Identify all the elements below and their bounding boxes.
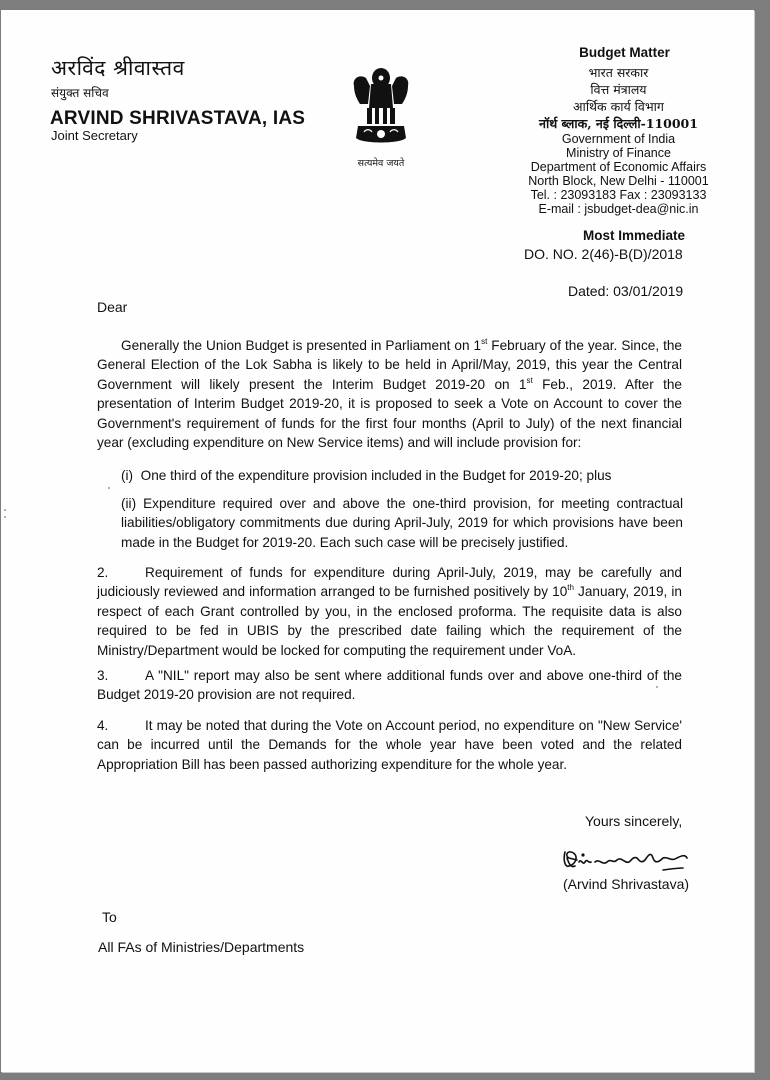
national-emblem-icon bbox=[350, 64, 412, 152]
office-english-line: Ministry of Finance bbox=[521, 146, 716, 160]
sender-name: ARVIND SHRIVASTAVA, IAS bbox=[50, 108, 305, 130]
list-item-text: One third of the expenditure provision i… bbox=[141, 468, 612, 483]
list-item: (ii) Expenditure required over and above… bbox=[121, 494, 683, 552]
sender-name-hindi: अरविंद श्रीवास्तव bbox=[51, 54, 185, 82]
paragraph-number: 3. bbox=[97, 666, 145, 685]
paragraph-4: 4.It may be noted that during the Vote o… bbox=[97, 716, 682, 774]
paragraph-1: Generally the Union Budget is presented … bbox=[97, 336, 682, 452]
do-number: DO. NO. 2(46)-B(D)/2018 bbox=[524, 246, 683, 262]
paragraph-number: 4. bbox=[97, 716, 145, 735]
office-hindi-line: आर्थिक कार्य विभाग bbox=[521, 98, 716, 115]
scan-speck bbox=[4, 516, 6, 518]
office-hindi-line: वित्त मंत्रालय bbox=[521, 81, 716, 98]
office-phone-fax: Tel. : 23093183 Fax : 23093133 bbox=[521, 188, 716, 202]
office-address: North Block, New Delhi - 110001 bbox=[521, 174, 716, 188]
salutation: Dear bbox=[97, 299, 127, 315]
letter-date: Dated: 03/01/2019 bbox=[568, 283, 683, 299]
paragraph-3: 3.A "NIL" report may also be sent where … bbox=[97, 666, 682, 705]
scan-speck bbox=[108, 487, 110, 489]
signature-icon bbox=[559, 844, 704, 874]
office-english-line: Department of Economic Affairs bbox=[521, 160, 716, 174]
valediction: Yours sincerely, bbox=[585, 813, 682, 829]
addressee: All FAs of Ministries/Departments bbox=[98, 939, 304, 955]
list-item-marker: (i) bbox=[121, 468, 133, 483]
classification-label: Budget Matter bbox=[521, 46, 716, 60]
paragraph-2: 2.Requirement of funds for expenditure d… bbox=[97, 563, 682, 660]
emblem-motto: सत्यमेव जयते bbox=[345, 156, 417, 169]
list-item-marker: (ii) bbox=[121, 496, 136, 511]
office-address-block: Budget Matter भारत सरकार वित्त मंत्रालय … bbox=[521, 46, 716, 216]
list-item: (i) One third of the expenditure provisi… bbox=[121, 466, 683, 485]
list-item-text: Expenditure required over and above the … bbox=[121, 496, 683, 550]
office-hindi-line: भारत सरकार bbox=[521, 64, 716, 81]
signer-name: (Arvind Shrivastava) bbox=[563, 876, 689, 892]
scan-speck bbox=[4, 509, 6, 511]
office-english-line: Government of India bbox=[521, 132, 716, 146]
letter-page: अरविंद श्रीवास्तव संयुक्त सचिव ARVIND SH… bbox=[1, 10, 754, 1072]
priority-label: Most Immediate bbox=[583, 228, 685, 243]
office-email: E-mail : jsbudget-dea@nic.in bbox=[521, 202, 716, 216]
office-hindi-address: नॉर्थ ब्लाक, नई दिल्ली-110001 bbox=[521, 115, 716, 132]
sender-title: Joint Secretary bbox=[51, 128, 138, 143]
paragraph-number: 2. bbox=[97, 563, 145, 582]
scan-speck bbox=[656, 686, 658, 688]
sender-title-hindi: संयुक्त सचिव bbox=[51, 84, 109, 101]
to-label: To bbox=[102, 909, 117, 925]
